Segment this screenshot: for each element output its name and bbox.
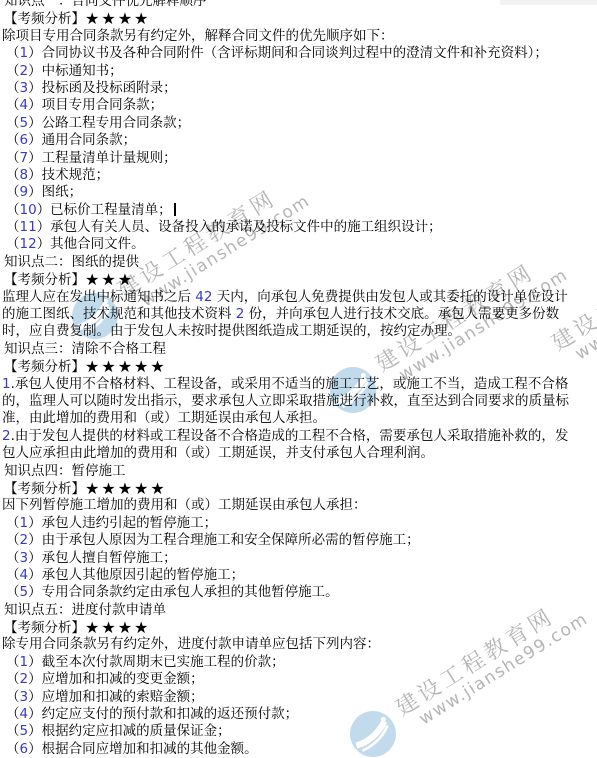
text-line: （5）根据约定应扣减的质量保证金； <box>0 723 597 740</box>
text-line: 除专用合同条款另有约定外，进度付款申请单应包括下列内容： <box>0 636 597 653</box>
frequency-stars: ★★★★★ <box>85 357 167 376</box>
number-text: 42 <box>195 289 212 305</box>
text-line: （2）中标通知书； <box>0 63 597 80</box>
knowledge-point-heading: 知识点四：暂停施工 <box>0 463 597 480</box>
frequency-stars: ★★★★ <box>85 618 150 637</box>
text-line: （4）项目专用合同条款； <box>0 97 597 114</box>
knowledge-point-heading: 知识点三：清除不合格工程 <box>0 341 597 358</box>
number-text: 3 <box>20 550 29 566</box>
number-text: 2 <box>2 428 11 444</box>
text-line: （6）根据合同应增加和扣减的其他金额。 <box>0 741 597 758</box>
frequency-analysis-line: 【考频分析】★★★★ <box>0 619 597 636</box>
text-line: （5）公路工程专用合同条款； <box>0 115 597 132</box>
number-text: 1 <box>20 515 29 531</box>
number-text: 1 <box>2 376 11 392</box>
number-text: 4 <box>20 567 29 583</box>
text-line: 的，监理人可以随时发出指示，要求承包人立即采取措施进行补救，直至达到合同要求的质… <box>0 393 597 410</box>
knowledge-point-heading: 知识点二：图纸的提供 <box>0 254 597 271</box>
number-text: 2 <box>20 63 29 79</box>
text-cursor <box>174 203 176 216</box>
text-line: （4）承包人其他原因引起的暂停施工； <box>0 567 597 584</box>
text-line: （7）工程量清单计量规则； <box>0 150 597 167</box>
text-line: 1.承包人使用不合格材料、工程设备，或采用不适当的施工工艺，或施工不当，造成工程… <box>0 376 597 393</box>
text-line: （1）截至本次付款周期末已实施工程的价款； <box>0 654 597 671</box>
frequency-stars: ★★★★★ <box>85 479 167 498</box>
number-text: 5 <box>20 723 29 739</box>
text-line: 监理人应在发出中标通知书之后 42 天内，向承包人免费提供由发包人或其委托的设计… <box>0 289 597 306</box>
number-text: 2 <box>20 671 29 687</box>
text-line: （3）投标函及投标函附录； <box>0 80 597 97</box>
text-line: 2.由于发包人提供的材料或工程设备不合格造成的工程不合格，需要承包人采取措施补救… <box>0 428 597 445</box>
number-text: 12 <box>20 236 37 252</box>
text-line: （4）约定应支付的预付款和扣减的返还预付款； <box>0 706 597 723</box>
number-text: 7 <box>20 150 29 166</box>
frequency-stars: ★★★ <box>85 270 134 289</box>
number-text: 11 <box>20 219 37 235</box>
number-text: 8 <box>20 167 29 183</box>
number-text: 2 <box>236 306 245 322</box>
frequency-analysis-line: 【考频分析】★★★★ <box>0 10 597 27</box>
number-text: 3 <box>20 80 29 96</box>
text-line: （2）应增加和扣减的变更金额； <box>0 671 597 688</box>
window-top-edge <box>500 0 597 5</box>
number-text: 5 <box>20 115 29 131</box>
text-line: （9）图纸； <box>0 184 597 201</box>
text-line: 时，应自费复制。由于发包人未按时提供图纸造成工期延误的，按约定办理。 <box>0 323 597 340</box>
number-text: 5 <box>20 584 29 600</box>
text-line: （1）承包人违约引起的暂停施工； <box>0 515 597 532</box>
number-text: 4 <box>20 706 29 722</box>
number-text: 4 <box>20 97 29 113</box>
text-line: （3）应增加和扣减的索赔金额； <box>0 689 597 706</box>
text-line: （5）专用合同条款约定由承包人承担的其他暂停施工。 <box>0 584 597 601</box>
number-text: 1 <box>20 45 29 61</box>
number-text: 10 <box>20 202 37 218</box>
frequency-stars: ★★★★ <box>85 9 150 28</box>
text-line: （11）承包人有关人员、设备投入的承诺及投标文件中的施工组织设计； <box>0 219 597 236</box>
text-line: 包人应承担由此增加的费用和（或）工期延误，并支付承包人合理利润。 <box>0 445 597 462</box>
number-text: 6 <box>20 741 29 757</box>
text-line: 除项目专用合同条款另有约定外，解释合同文件的优先顺序如下： <box>0 28 597 45</box>
number-text: 6 <box>20 132 29 148</box>
text-line: （12）其他合同文件。 <box>0 236 597 253</box>
number-text: 3 <box>20 689 29 705</box>
frequency-analysis-line: 【考频分析】★★★ <box>0 271 597 288</box>
text-line: （10）已标价工程量清单； <box>0 202 597 219</box>
text-line: （3）承包人擅自暂停施工； <box>0 550 597 567</box>
text-line: （2）由于承包人原因为工程合理施工和安全保障所必需的暂停施工； <box>0 532 597 549</box>
number-text: 2 <box>20 532 29 548</box>
text-line: 准，由此增加的费用和（或）工期延误由承包人承担。 <box>0 410 597 427</box>
frequency-analysis-line: 【考频分析】★★★★★ <box>0 480 597 497</box>
text-line: 因下列暂停施工增加的费用和（或）工期延误由承包人承担： <box>0 497 597 514</box>
text-line: （8）技术规范； <box>0 167 597 184</box>
text-line: （6）通用合同条款； <box>0 132 597 149</box>
number-text: 1 <box>20 654 29 670</box>
text-line: （1）合同协议书及各种合同附件（含评标期间和合同谈判过程中的澄清文件和补充资料）… <box>0 45 597 62</box>
frequency-analysis-line: 【考频分析】★★★★★ <box>0 358 597 375</box>
knowledge-point-heading: 知识点五：进度付款申请单 <box>0 602 597 619</box>
document-body[interactable]: 知识点一：合同文件优先解释顺序【考频分析】★★★★除项目专用合同条款另有约定外，… <box>0 0 597 758</box>
number-text: 9 <box>20 184 29 200</box>
text-line: 的施工图纸、技术规范和其他技术资料 2 份，并向承包人进行技术交底。承包人需要更… <box>0 306 597 323</box>
